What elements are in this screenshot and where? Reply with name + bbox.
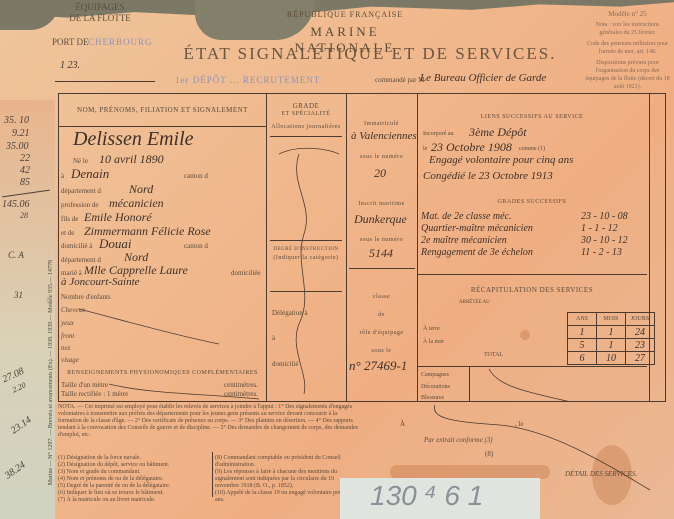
margin-calc: 35.00 [6,141,29,152]
commanded-by-label: commandé par M [375,76,424,84]
nota-text: NOTA. — Cet imprimé est employé pour éta… [58,404,358,439]
printer-mark: Marine — N° 1297. — Brevets et avancemen… [48,260,54,485]
divider [55,81,155,82]
margin-calc: 9.21 [12,128,30,139]
note-2: Code des pensions militaires pour l'armé… [585,40,670,56]
archive-card-number: 130 ⁴ 6 1 [370,480,483,512]
footnote: (5) Degré de la parenté de ou de la délé… [58,483,208,490]
depot-stamp: 1er DÉPÔT ... RECRUTEMENT [175,75,320,85]
margin-calc: 35. 10 [4,115,29,126]
footnotes-right: (8) Commandant comptable ou président du… [215,455,355,504]
margin-note: C. A [8,250,24,260]
footnote: (6) Indiquer le lieu où se trouve le bât… [58,490,208,497]
reference-number: 1 23. [60,60,80,71]
note-3: Dispositions prévues pour l'organisation… [585,59,670,91]
unit-label: ÉQUIPAGES DE LA FLOTTE [60,2,140,24]
divider [212,452,213,497]
note-1: Nota : voir les instructions générales d… [585,21,670,37]
page-title: ÉTAT SIGNALÉTIQUE ET DE SERVICES. [180,44,560,64]
footnote: (8) Commandant comptable ou président du… [215,455,355,469]
commanded-by-value: Le Bureau Officier de Garde [420,72,546,84]
archive-card: 130 ⁴ 6 1 [340,478,540,519]
margin-calc: 22 [20,153,30,164]
footnotes-left: (1) Désignation de la force navale. (2) … [58,455,208,504]
model-notes: Modèle n° 25 Nota : voir les instruction… [585,10,670,91]
footnote: (7) À la matricule ou au livret matricul… [58,497,208,504]
cancellation-strokes [59,94,665,401]
model-number: Modèle n° 25 [585,10,670,18]
margin-note: 31 [14,290,23,300]
margin-calc: 28 [20,211,28,220]
footnote: (3) Nom et grade du commandant. [58,469,208,476]
footnote: (4) Nom et prénoms de ou de la délégatai… [58,476,208,483]
port-label: PORT DE [52,37,89,48]
margin-calc-total: 145.06 [2,199,30,210]
footnote: (2) Désignation du dépôt, service ou bât… [58,462,208,469]
unit-line-2: DE LA FLOTTE [60,13,140,24]
footnote: (1) Désignation de la force navale. [58,455,208,462]
footnote: (9) Les réponses à faire à chacune des m… [215,469,355,490]
footnote: (10) Appelé de la classe 19 ou engagé vo… [215,490,355,504]
republic-label: RÉPUBLIQUE FRANÇAISE [260,10,430,19]
unit-line-1: ÉQUIPAGES [60,2,140,13]
margin-calc: 85 [20,177,30,188]
margin-calc: 42 [20,165,30,176]
port-value: CHERBOURG [88,37,153,47]
service-record-form: NOM, PRÉNOMS, FILIATION ET SIGNALEMENT D… [58,93,666,402]
